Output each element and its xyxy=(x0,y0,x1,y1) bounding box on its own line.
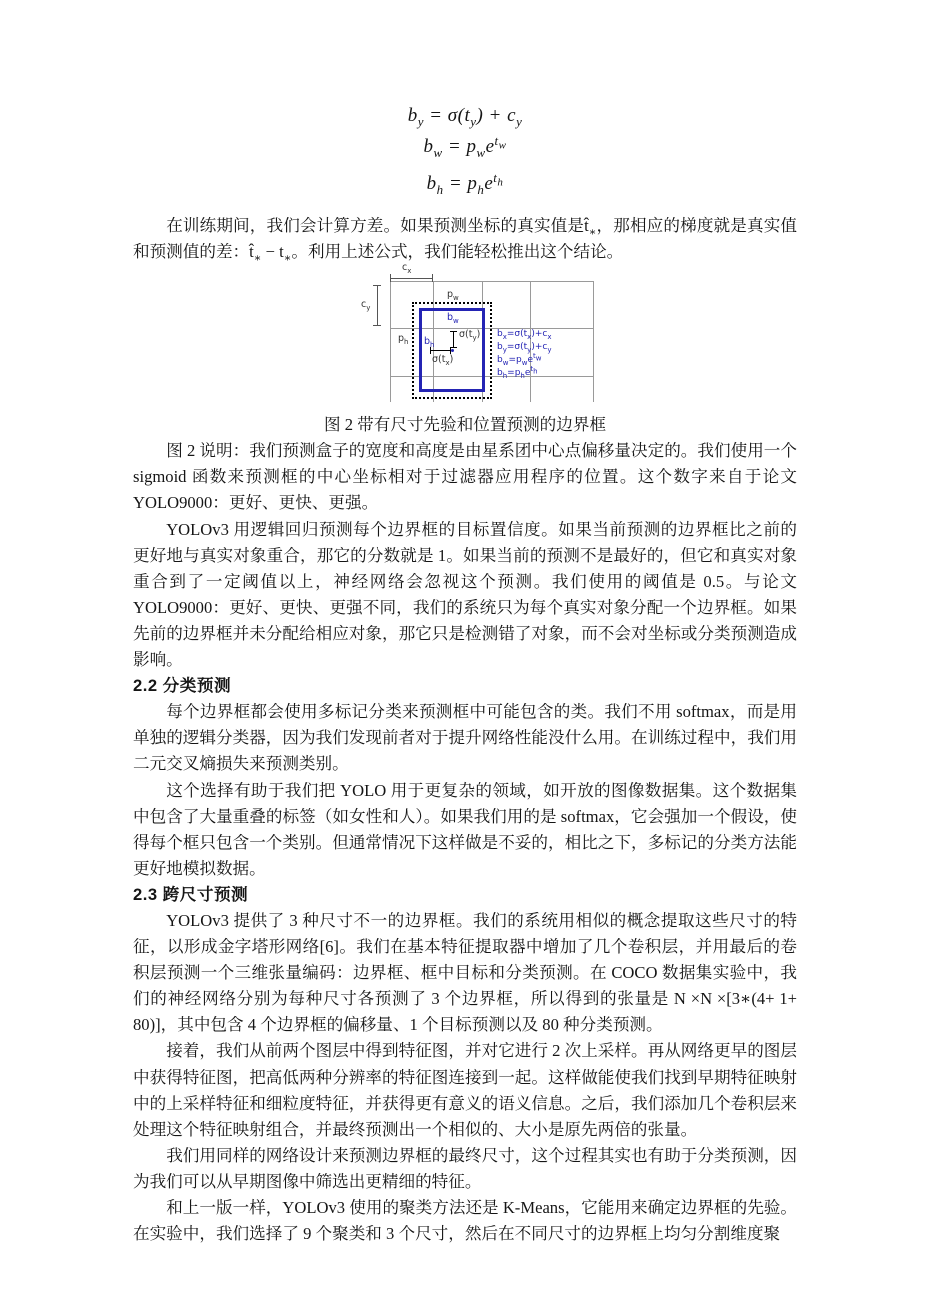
para-multilabel-classification: 每个边界框都会使用多标记分类来预测框中可能包含的类。我们不用 softmax，而… xyxy=(133,699,797,777)
ph-label: ph xyxy=(398,334,408,344)
sigma-tx-measure-cap xyxy=(430,347,431,354)
cy-bracket xyxy=(377,285,378,326)
equations-block: by = σ(ty) + cy bw = pwetw bh = pheth xyxy=(133,100,797,199)
cy-bracket-tick xyxy=(373,285,381,286)
cx-bracket xyxy=(390,278,433,279)
cx-bracket-tick xyxy=(432,274,433,282)
grid-line xyxy=(390,281,593,282)
grid-line xyxy=(593,281,594,402)
figure-eq-bx: bx=σ(tx)+cx xyxy=(497,329,552,339)
pw-label: pw xyxy=(447,290,459,300)
sigma-tx-measure-cap xyxy=(450,347,451,354)
sigma-ty-measure-cap xyxy=(450,347,457,348)
heading-2-3-cross-scale-prediction: 2.3 跨尺寸预测 xyxy=(133,882,797,908)
sigma-tx-measure xyxy=(430,350,451,351)
sigma-ty-measure xyxy=(453,331,454,348)
formula-by: by = σ(ty) + cy xyxy=(133,100,797,131)
figure-eq-bw: bw=pwetw xyxy=(497,355,541,365)
figure-eq-bh: bh=pheth xyxy=(497,368,538,378)
para-kmeans-priors: 和上一版一样，YOLOv3 使用的聚类方法还是 K-Means，它能用来确定边界… xyxy=(133,1195,797,1247)
para-upsampling-concat: 接着，我们从前两个图层中得到特征图，并对它进行 2 次上采样。再从网络更早的图层… xyxy=(133,1038,797,1142)
para-training-variance: 在训练期间，我们会计算方差。如果预测坐标的真实值是t̂∗，那相应的梯度就是真实值… xyxy=(133,213,797,265)
bw-label: bw xyxy=(447,313,459,323)
heading-2-2-class-prediction: 2.2 分类预测 xyxy=(133,673,797,699)
cy-label: cy xyxy=(361,300,370,310)
flow-after-figure: 图 2 带有尺寸先验和位置预测的边界框图 2 说明：我们预测盒子的宽度和高度是由… xyxy=(133,412,797,1247)
sigma-ty-label: σ(ty) xyxy=(459,330,480,340)
para-three-scales-tensor: YOLOv3 提供了 3 种尺寸不一的边界框。我们的系统用相似的概念提取这些尺寸… xyxy=(133,908,797,1038)
formula-bh: bh = pheth xyxy=(133,168,797,199)
para-same-network-design: 我们用同样的网络设计来预测边界框的最终尺寸，这个过程其实也有助于分类预测，因为我… xyxy=(133,1143,797,1195)
cx-bracket-tick xyxy=(390,274,391,282)
formula-bw: bw = pwetw xyxy=(133,131,797,162)
figure-2-caption: 图 2 带有尺寸先验和位置预测的边界框 xyxy=(133,412,797,438)
cy-bracket-tick xyxy=(373,325,381,326)
sigma-tx-label: σ(tx) xyxy=(432,355,453,365)
figure-2-bounding-box-diagram: cx cy pw ph bw bh σ(ty) σ(tx) bx=σ(tx)+c… xyxy=(360,267,620,408)
para-objectness-prediction: YOLOv3 用逻辑回归预测每个边界框的目标置信度。如果当前预测的边界框比之前的… xyxy=(133,517,797,674)
bh-label: bh xyxy=(424,337,434,347)
sigma-ty-measure-cap xyxy=(450,331,457,332)
document-page: by = σ(ty) + cy bw = pwetw bh = pheth 在训… xyxy=(133,0,797,1247)
flow-before-figure: 在训练期间，我们会计算方差。如果预测坐标的真实值是t̂∗，那相应的梯度就是真实值… xyxy=(133,213,797,265)
grid-line xyxy=(390,281,391,402)
figure-eq-by: by=σ(ty)+cy xyxy=(497,342,552,352)
para-open-images-softmax: 这个选择有助于我们把 YOLO 用于更复杂的领域，如开放的图像数据集。这个数据集… xyxy=(133,778,797,882)
para-figure2-note: 图 2 说明：我们预测盒子的宽度和高度是由星系团中心点偏移量决定的。我们使用一个… xyxy=(133,438,797,516)
cx-label: cx xyxy=(402,263,411,273)
